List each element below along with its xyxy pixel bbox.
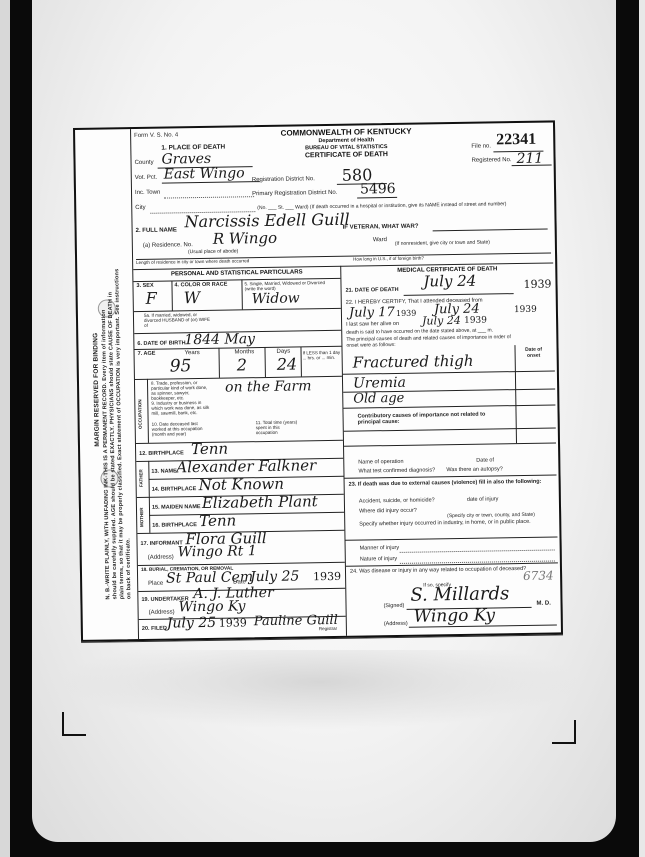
birth-date-label: 6. DATE OF BIRTH <box>137 340 185 347</box>
registrar-label: Registrar <box>319 626 337 631</box>
certificate-title: CERTIFICATE OF DEATH <box>271 151 421 160</box>
less-than-label: If LESS than 1 day ... hrs. or ... min. <box>303 350 341 361</box>
binding-margin: MARGIN RESERVED FOR BINDING N. B.-WRITE … <box>75 129 138 640</box>
color-label: 4. COLOR OR RACE <box>174 282 227 289</box>
form-number: Form V. S. No. 4 <box>134 132 178 139</box>
film-edge-left <box>0 0 10 857</box>
mother-maiden-label: 15. MAIDEN NAME <box>152 504 201 511</box>
crop-mark-bottom-right <box>552 720 576 744</box>
mother-birthplace-label: 16. BIRTHPLACE <box>152 522 197 529</box>
operation-date-label: Date of <box>476 457 494 463</box>
length-residence-label: Length of residence in city or town wher… <box>136 258 249 265</box>
sheet-shadow <box>60 650 580 730</box>
principal-causes-text: The principal causes of death and relate… <box>346 334 511 349</box>
crop-mark-bottom-left <box>62 712 86 736</box>
usual-place-hint: (Usual place of abode) <box>188 248 238 255</box>
father-name-label: 13. NAME <box>151 468 176 474</box>
physician-address-value: Wingo Ky <box>414 605 496 626</box>
cause-2: Uremia <box>353 375 406 392</box>
burial-year-value: 1939 <box>313 570 341 583</box>
marital-value: Widow <box>252 290 300 307</box>
personal-section-heading: PERSONAL AND STATISTICAL PARTICULARS <box>133 269 340 278</box>
certificate-form: Form V. S. No. 4 1. PLACE OF DEATH COMMO… <box>130 122 561 639</box>
cause-1: Fractured thigh <box>353 352 474 372</box>
color-value: W <box>184 288 201 307</box>
test-label: What test confirmed diagnosis? <box>358 467 435 474</box>
age-days-value: 24 <box>277 355 298 374</box>
filed-label: 20. FILED <box>142 626 167 632</box>
age-label: 7. AGE <box>138 351 156 357</box>
birthplace-value: Tenn <box>191 440 228 459</box>
date-of-onset-label: Date of onset <box>518 347 548 359</box>
father-birthplace-label: 14. BIRTHPLACE <box>152 486 197 493</box>
father-birthplace-value: Not Known <box>198 475 284 494</box>
burial-place-label: Place <box>148 581 163 587</box>
attended-from-year: 1939 <box>396 309 416 318</box>
primary-registration-label: Primary Registration District No. <box>252 190 337 197</box>
last-worked-label: 10. Date deceased last worked at this oc… <box>152 421 212 437</box>
full-name-label: 2. FULL NAME <box>136 227 177 234</box>
informant-address-value: Wingo Rt 1 <box>178 543 257 560</box>
total-time-label: 11. Total time (years) spent in this occ… <box>256 419 301 435</box>
informant-label: 17. INFORMANT <box>140 540 182 547</box>
father-vertical-label: FATHER <box>138 469 143 487</box>
manner-label: Manner of injury <box>360 545 400 552</box>
signed-label: (Signed) <box>384 603 405 609</box>
county-label: County <box>135 160 154 166</box>
age-months-value: 2 <box>237 355 247 374</box>
date-of-death-value: July 24 <box>423 272 476 291</box>
registered-no-label: Registered No. <box>472 157 512 164</box>
veteran-label: IF VETERAN, WHAT WAR? <box>343 224 419 231</box>
undertaker-address-value: Wingo Ky <box>178 598 245 615</box>
md-label: M. D. <box>536 601 550 607</box>
attended-to-year: 1939 <box>514 305 537 315</box>
industry-label: 9. Industry or business in which work wa… <box>151 400 211 416</box>
injury-where-label: Where did injury occur? <box>359 508 417 515</box>
city-label: City <box>135 205 145 211</box>
residence-value: R Wingo <box>213 229 278 248</box>
operation-label: Name of operation <box>358 459 403 466</box>
filed-value: July 25 <box>167 615 217 632</box>
nonresident-hint: (If nonresident, give city or town and S… <box>395 239 490 246</box>
physician-address-label: (Address) <box>384 621 408 627</box>
residence-label: (a) Residence. No. <box>143 242 193 249</box>
vot-pct-value: East Wingo <box>164 165 245 182</box>
spouse-label: 5a. If married, widowed, or divorced HUS… <box>144 312 214 328</box>
registration-district-label: Registration District No. <box>252 176 315 183</box>
attended-from-value: July 17 <box>349 305 395 321</box>
date-of-death-label: 21. DATE OF DEATH <box>346 287 399 294</box>
accident-label: Accident, suicide, or homicide? <box>359 497 435 504</box>
burial-date-value: July 25 <box>250 569 300 586</box>
ward-label: Ward <box>373 237 387 243</box>
autopsy-label: Was there an autopsy? <box>446 466 502 473</box>
cause-3: Old age <box>353 391 404 407</box>
death-year-value: 1939 <box>523 278 551 291</box>
injury-date-label: date of injury <box>467 496 499 502</box>
last-saw-text: I last saw her alive on <box>346 321 399 328</box>
birth-date-value: 1844 May <box>184 331 255 348</box>
birthplace-label: 12. BIRTHPLACE <box>139 450 184 457</box>
film-edge-right <box>639 0 645 857</box>
injury-specify-label: Specify whether injury occurred in indus… <box>359 518 554 527</box>
file-no-label: File no. <box>471 143 491 149</box>
last-saw-value: July 24 <box>422 314 461 328</box>
mother-birthplace-value: Tenn <box>199 511 236 530</box>
contributory-label: Contributory causes of importance not re… <box>358 411 508 425</box>
occupation-vertical-label: OCCUPATION <box>137 399 142 429</box>
stamp-number: 6734 <box>523 569 554 583</box>
external-causes-label: 23. If death was due to external causes … <box>349 478 554 487</box>
filed-year-value: 1939 <box>219 616 247 629</box>
nature-label: Nature of injury <box>360 556 397 563</box>
sex-value: F <box>146 289 157 308</box>
death-certificate: MARGIN RESERVED FOR BINDING N. B.-WRITE … <box>73 120 563 642</box>
father-name-value: Alexander Falkner <box>176 456 316 476</box>
inc-town-label: Inc. Town <box>135 190 160 196</box>
informant-address-label: (Address) <box>148 554 174 560</box>
last-saw-year: 1939 <box>464 316 487 326</box>
trade-label: 8. Trade, profession, or particular kind… <box>151 380 211 401</box>
registered-number: 211 <box>516 151 543 167</box>
mother-vertical-label: MOTHER <box>139 507 144 527</box>
physician-signature: S. Millards <box>410 583 509 606</box>
how-long-label: How long in U.S., if of foreign birth? <box>353 256 424 262</box>
primary-registration-value: 5496 <box>360 181 396 198</box>
vot-pct-label: Vot. Pct. <box>135 175 157 181</box>
margin-instructions: MARGIN RESERVED FOR BINDING N. B.-WRITE … <box>90 179 134 600</box>
age-years-value: 95 <box>170 356 192 376</box>
file-number: 22341 <box>496 131 536 150</box>
mother-maiden-value: Elizabeth Plant <box>202 492 318 512</box>
trade-value: on the Farm <box>225 378 312 395</box>
